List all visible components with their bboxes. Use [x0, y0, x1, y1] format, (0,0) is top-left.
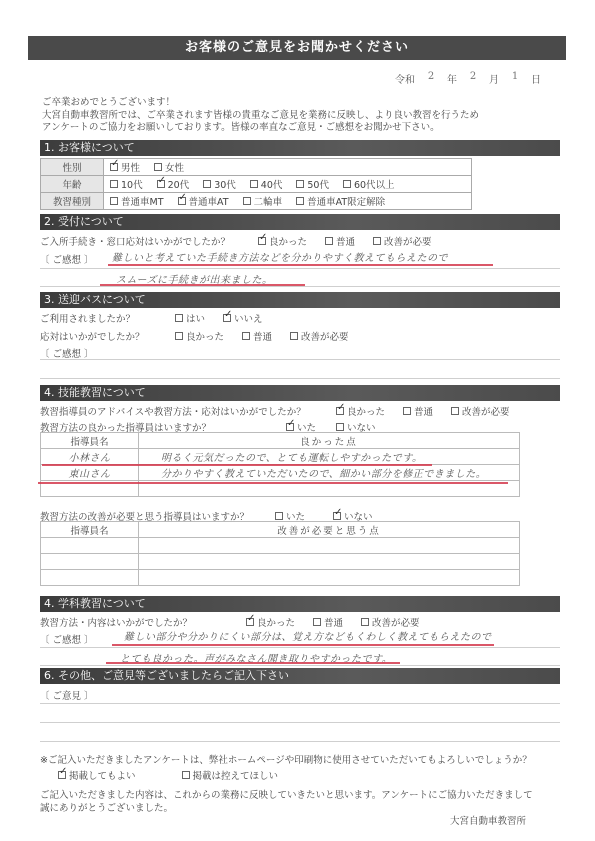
comment-rule [40, 665, 560, 666]
checkbox-unchecked[interactable] [296, 197, 304, 205]
checkbox-checked[interactable] [110, 163, 118, 171]
instructor-name-cell[interactable] [41, 570, 139, 586]
option-label: 普通車AT [189, 194, 229, 208]
age-label: 年齢 [41, 176, 104, 193]
checkbox-unchecked[interactable] [203, 180, 211, 188]
column-header-instructor: 指導員名 [41, 522, 139, 538]
option-label: 良かった [347, 404, 385, 418]
checkbox-unchecked[interactable] [336, 423, 344, 431]
checkbox-unchecked[interactable] [275, 512, 283, 520]
date-field: 令和 2 年 2 月 1 日 [395, 71, 541, 86]
option-average[interactable]: 普通 [313, 615, 343, 629]
other-comment-label: 〔 ご意見 〕 [40, 688, 94, 702]
table-row-course-type: 教習種別 普通車MT 普通車AT 二輪車 普通車AT限定解除 [41, 193, 472, 210]
reception-options: 良かった 普通 改善が必要 [258, 234, 432, 248]
day-unit: 日 [531, 71, 541, 86]
day-value[interactable]: 1 [505, 71, 525, 86]
table-row-age: 年齢 10代 20代 30代 40代 50代 60代以上 [41, 176, 472, 193]
comment-rule [40, 647, 560, 648]
closing-line: 誠にありがとうございました。 [40, 803, 533, 816]
option-label: はい [186, 311, 205, 325]
option-label: 普通 [253, 329, 272, 343]
red-underline [42, 464, 432, 466]
option-label: 50代 [307, 177, 329, 191]
option-label: 改善が必要 [384, 234, 432, 248]
table-row-gender: 性別 男性 女性 [41, 159, 472, 176]
option-needs-improvement[interactable]: 改善が必要 [451, 404, 510, 418]
checkbox-checked[interactable] [178, 197, 186, 205]
option-label: 20代 [168, 177, 190, 191]
table-row: 小林さん 明るく元気だったので、とても運転しやすかったです。 [41, 449, 520, 465]
checkbox-unchecked[interactable] [451, 407, 459, 415]
improve-point-cell[interactable] [139, 538, 520, 554]
checkbox-checked[interactable] [246, 618, 254, 626]
option-label: 二輪車 [254, 194, 283, 208]
month-value[interactable]: 2 [463, 71, 483, 86]
option-needs-improvement[interactable]: 改善が必要 [290, 329, 349, 343]
option-label: 女性 [165, 160, 184, 174]
option-10s[interactable]: 10代 [110, 177, 143, 191]
intro-text: ご卒業おめでとうございます！ 大宮自動車教習所では、ご卒業されます皆様の貴重なご… [42, 97, 479, 135]
customer-info-table: 性別 男性 女性 年齢 10代 20代 30代 40代 50代 60代以上 教習… [40, 158, 472, 210]
option-label: 良かった [269, 234, 307, 248]
checkbox-unchecked[interactable] [403, 407, 411, 415]
table-row: 東山さん 分かりやすく教えていただいたので、細かい部分を修正できました。 [41, 465, 520, 481]
checkbox-checked[interactable] [58, 771, 66, 779]
option-female[interactable]: 女性 [154, 160, 184, 174]
month-unit: 月 [489, 71, 499, 86]
instructor-advice-options: 良かった 普通 改善が必要 [336, 404, 510, 418]
option-motorcycle[interactable]: 二輪車 [243, 194, 283, 208]
checkbox-unchecked[interactable] [313, 618, 321, 626]
option-no[interactable]: いいえ [223, 311, 263, 325]
course-type-label: 教習種別 [41, 193, 104, 210]
year-unit: 年 [447, 71, 457, 86]
checkbox-unchecked[interactable] [182, 771, 190, 779]
bus-usage-question: ご利用されましたか？ [40, 311, 135, 325]
table-row [41, 554, 520, 570]
checkbox-unchecked[interactable] [361, 618, 369, 626]
option-at[interactable]: 普通車AT [178, 194, 229, 208]
option-label: 普通 [414, 404, 433, 418]
option-at-release[interactable]: 普通車AT限定解除 [296, 194, 385, 208]
option-good[interactable]: 良かった [336, 404, 385, 418]
option-average[interactable]: 普通 [242, 329, 272, 343]
option-label: いいえ [234, 311, 263, 325]
survey-title: お客様のご意見をお聞かせください [28, 36, 566, 60]
good-point-cell[interactable]: 分かりやすく教えていただいたので、細かい部分を修正できました。 [139, 465, 520, 481]
comment-rule [40, 268, 560, 269]
instructor-name-cell[interactable] [41, 538, 139, 554]
option-label: 良かった [257, 615, 295, 629]
improve-instructor-table: 指導員名 改善が必要と思う点 [40, 521, 520, 586]
checkbox-unchecked[interactable] [296, 180, 304, 188]
table-header-row: 指導員名 良かった点 [41, 433, 520, 449]
option-average[interactable]: 普通 [403, 404, 433, 418]
option-label: 普通 [336, 234, 355, 248]
option-60s-plus[interactable]: 60代以上 [343, 177, 395, 191]
section-header-driving-lessons: 4. 技能教習について [40, 385, 560, 401]
bus-comment-label: 〔 ご感想 〕 [40, 346, 94, 360]
table-row [41, 570, 520, 586]
option-needs-improvement[interactable]: 改善が必要 [373, 234, 432, 248]
checkbox-unchecked[interactable] [175, 314, 183, 322]
table-header-row: 指導員名 改善が必要と思う点 [41, 522, 520, 538]
academic-comment-line-1[interactable]: 難しい部分や分かりにくい部分は、覚え方などもくわしく教えてもらえたので [124, 628, 492, 643]
checkbox-checked[interactable] [333, 512, 341, 520]
instructor-name-cell[interactable]: 小林さん [41, 449, 139, 465]
option-publish-ok[interactable]: 掲載してもよい [58, 768, 136, 782]
comment-rule[interactable] [40, 741, 560, 742]
reception-comment-label: 〔 ご感想 〕 [40, 252, 94, 266]
option-label: 男性 [121, 160, 140, 174]
instructor-advice-question: 教習指導員のアドバイスや教習方法・応対はいかがでしたか？ [40, 404, 306, 418]
checkbox-unchecked[interactable] [250, 180, 258, 188]
option-30s[interactable]: 30代 [203, 177, 236, 191]
option-label: 40代 [261, 177, 283, 191]
checkbox-checked[interactable] [223, 314, 231, 322]
option-20s[interactable]: 20代 [157, 177, 190, 191]
bus-usage-options: はい いいえ [175, 311, 263, 325]
red-underline [106, 662, 400, 664]
comment-rule [40, 286, 560, 287]
intro-line: ご卒業おめでとうございます！ [42, 97, 479, 110]
reception-question: ご入所手続き・窓口応対はいかがでしたか？ [40, 234, 230, 248]
reception-comment-line-1[interactable]: 難しいと考えていた手続き方法などを分かりやすく教えてもらえたので [112, 249, 448, 264]
comment-rule[interactable] [40, 703, 560, 704]
checkbox-unchecked[interactable] [373, 237, 381, 245]
checkbox-unchecked[interactable] [154, 163, 162, 171]
option-label: 10代 [121, 177, 143, 191]
option-40s[interactable]: 40代 [250, 177, 283, 191]
option-label: 改善が必要 [462, 404, 510, 418]
option-label: 30代 [214, 177, 236, 191]
table-row [41, 538, 520, 554]
closing-line: ご記入いただきました内容は、これからの業務に反映していきたいと思います。アンケー… [40, 790, 533, 803]
checkbox-unchecked[interactable] [175, 332, 183, 340]
option-50s[interactable]: 50代 [296, 177, 329, 191]
instructor-name-cell[interactable]: 東山さん [41, 465, 139, 481]
column-header-instructor: 指導員名 [41, 433, 139, 449]
option-label: 改善が必要 [301, 329, 349, 343]
option-good[interactable]: 良かった [175, 329, 224, 343]
option-label: 普通 [324, 615, 343, 629]
era-label: 令和 [395, 71, 415, 86]
option-label: 普通車AT限定解除 [307, 194, 385, 208]
intro-line: アンケートのご協力をお願いしております。皆様の率直なご意見・ご感想をお聞かせ下さ… [42, 122, 479, 135]
option-label: 改善が必要 [372, 615, 420, 629]
year-value[interactable]: 2 [421, 71, 441, 86]
bus-service-options: 良かった 普通 改善が必要 [175, 329, 349, 343]
option-publish-decline[interactable]: 掲載は控えてほしい [182, 768, 279, 782]
section-header-shuttle-bus: 3. 送迎バスについて [40, 292, 560, 308]
option-yes[interactable]: はい [175, 311, 205, 325]
checkbox-unchecked[interactable] [110, 197, 118, 205]
intro-line: 大宮自動車教習所では、ご卒業されます皆様の貴重なご意見を業務に反映し、より良い教… [42, 110, 479, 123]
option-label: 60代以上 [354, 177, 395, 191]
column-header-improvement-points: 改善が必要と思う点 [139, 522, 520, 538]
section-header-reception: 2. 受付について [40, 214, 560, 230]
academic-question: 教習方法・内容はいかがでしたか？ [40, 615, 192, 629]
academic-comment-label: 〔 ご感想 〕 [40, 632, 94, 646]
comment-rule[interactable] [40, 722, 560, 723]
option-mt[interactable]: 普通車MT [110, 194, 164, 208]
section-header-other-comments: 6. その他、ご意見等ございましたらご記入下さい [40, 668, 560, 684]
consent-options: 掲載してもよい 掲載は控えてほしい [58, 768, 278, 782]
column-header-good-points: 良かった点 [139, 433, 520, 449]
option-label: 掲載は控えてほしい [193, 768, 279, 782]
checkbox-unchecked[interactable] [243, 197, 251, 205]
comment-rule [40, 359, 560, 360]
bus-service-question: 応対はいかがでしたか？ [40, 329, 145, 343]
checkbox-unchecked[interactable] [290, 332, 298, 340]
consent-question: ※ご記入いただきましたアンケートは、弊社ホームページや印刷物に使用させていただい… [40, 755, 532, 768]
option-label: 良かった [186, 329, 224, 343]
checkbox-checked[interactable] [336, 407, 344, 415]
checkbox-unchecked[interactable] [242, 332, 250, 340]
red-underline [38, 482, 508, 484]
checkbox-unchecked[interactable] [343, 180, 351, 188]
red-underline [108, 264, 493, 266]
closing-text: ご記入いただきました内容は、これからの業務に反映していきたいと思います。アンケー… [40, 790, 533, 815]
option-good[interactable]: 良かった [246, 615, 295, 629]
option-male[interactable]: 男性 [110, 160, 140, 174]
option-good[interactable]: 良かった [258, 234, 307, 248]
red-underline [112, 644, 494, 646]
improve-point-cell[interactable] [139, 570, 520, 586]
gender-label: 性別 [41, 159, 104, 176]
comment-rule [40, 378, 560, 379]
section-header-customer: 1. お客様について [40, 140, 560, 156]
instructor-name-cell[interactable] [41, 554, 139, 570]
option-needs-improvement[interactable]: 改善が必要 [361, 615, 420, 629]
checkbox-checked[interactable] [258, 237, 266, 245]
checkbox-checked[interactable] [286, 423, 294, 431]
checkbox-unchecked[interactable] [325, 237, 333, 245]
option-label: 掲載してもよい [69, 768, 136, 782]
school-signature: 大宮自動車教習所 [450, 816, 526, 829]
checkbox-unchecked[interactable] [110, 180, 118, 188]
section-header-academic-lessons: 4. 学科教習について [40, 596, 560, 612]
academic-options: 良かった 普通 改善が必要 [246, 615, 420, 629]
good-point-cell[interactable]: 明るく元気だったので、とても運転しやすかったです。 [139, 449, 520, 465]
checkbox-checked[interactable] [157, 180, 165, 188]
option-average[interactable]: 普通 [325, 234, 355, 248]
option-label: 普通車MT [121, 194, 164, 208]
improve-point-cell[interactable] [139, 554, 520, 570]
